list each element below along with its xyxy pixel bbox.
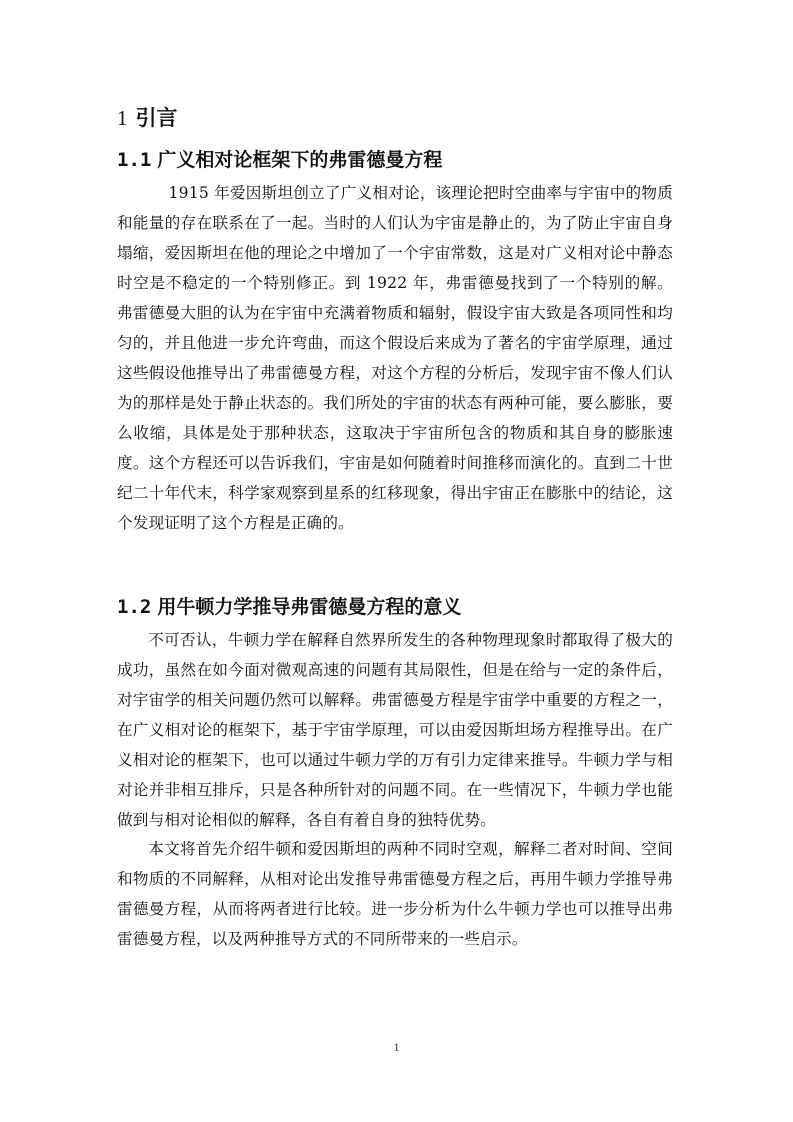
section-number: 1.2 [117, 596, 151, 618]
paragraph-1-2-2: 本文将首先介绍牛顿和爱因斯坦的两种不同时空观，解释二者对时间、空间和物质的不同解… [117, 834, 673, 954]
chapter-number: 1 [117, 106, 128, 130]
section-heading-1-2: 1.2用牛顿力学推导弗雷德曼方程的意义 [117, 594, 461, 620]
paragraph-1-1-1: 1915 年爱因斯坦创立了广义相对论，该理论把时空曲率与宇宙中的物质和能量的存在… [117, 178, 673, 538]
section-heading-1-1: 1.1广义相对论框架下的弗雷德曼方程 [117, 147, 442, 173]
chapter-heading: 1引言 [117, 104, 178, 132]
section-number: 1.1 [117, 149, 151, 171]
page-number: 1 [0, 1040, 793, 1055]
section-title: 用牛顿力学推导弗雷德曼方程的意义 [157, 596, 461, 618]
chapter-title: 引言 [136, 106, 178, 130]
paragraph-1-2-1: 不可否认，牛顿力学在解释自然界所发生的各种物理现象时都取得了极大的成功，虽然在如… [117, 625, 673, 835]
section-title: 广义相对论框架下的弗雷德曼方程 [157, 149, 442, 171]
